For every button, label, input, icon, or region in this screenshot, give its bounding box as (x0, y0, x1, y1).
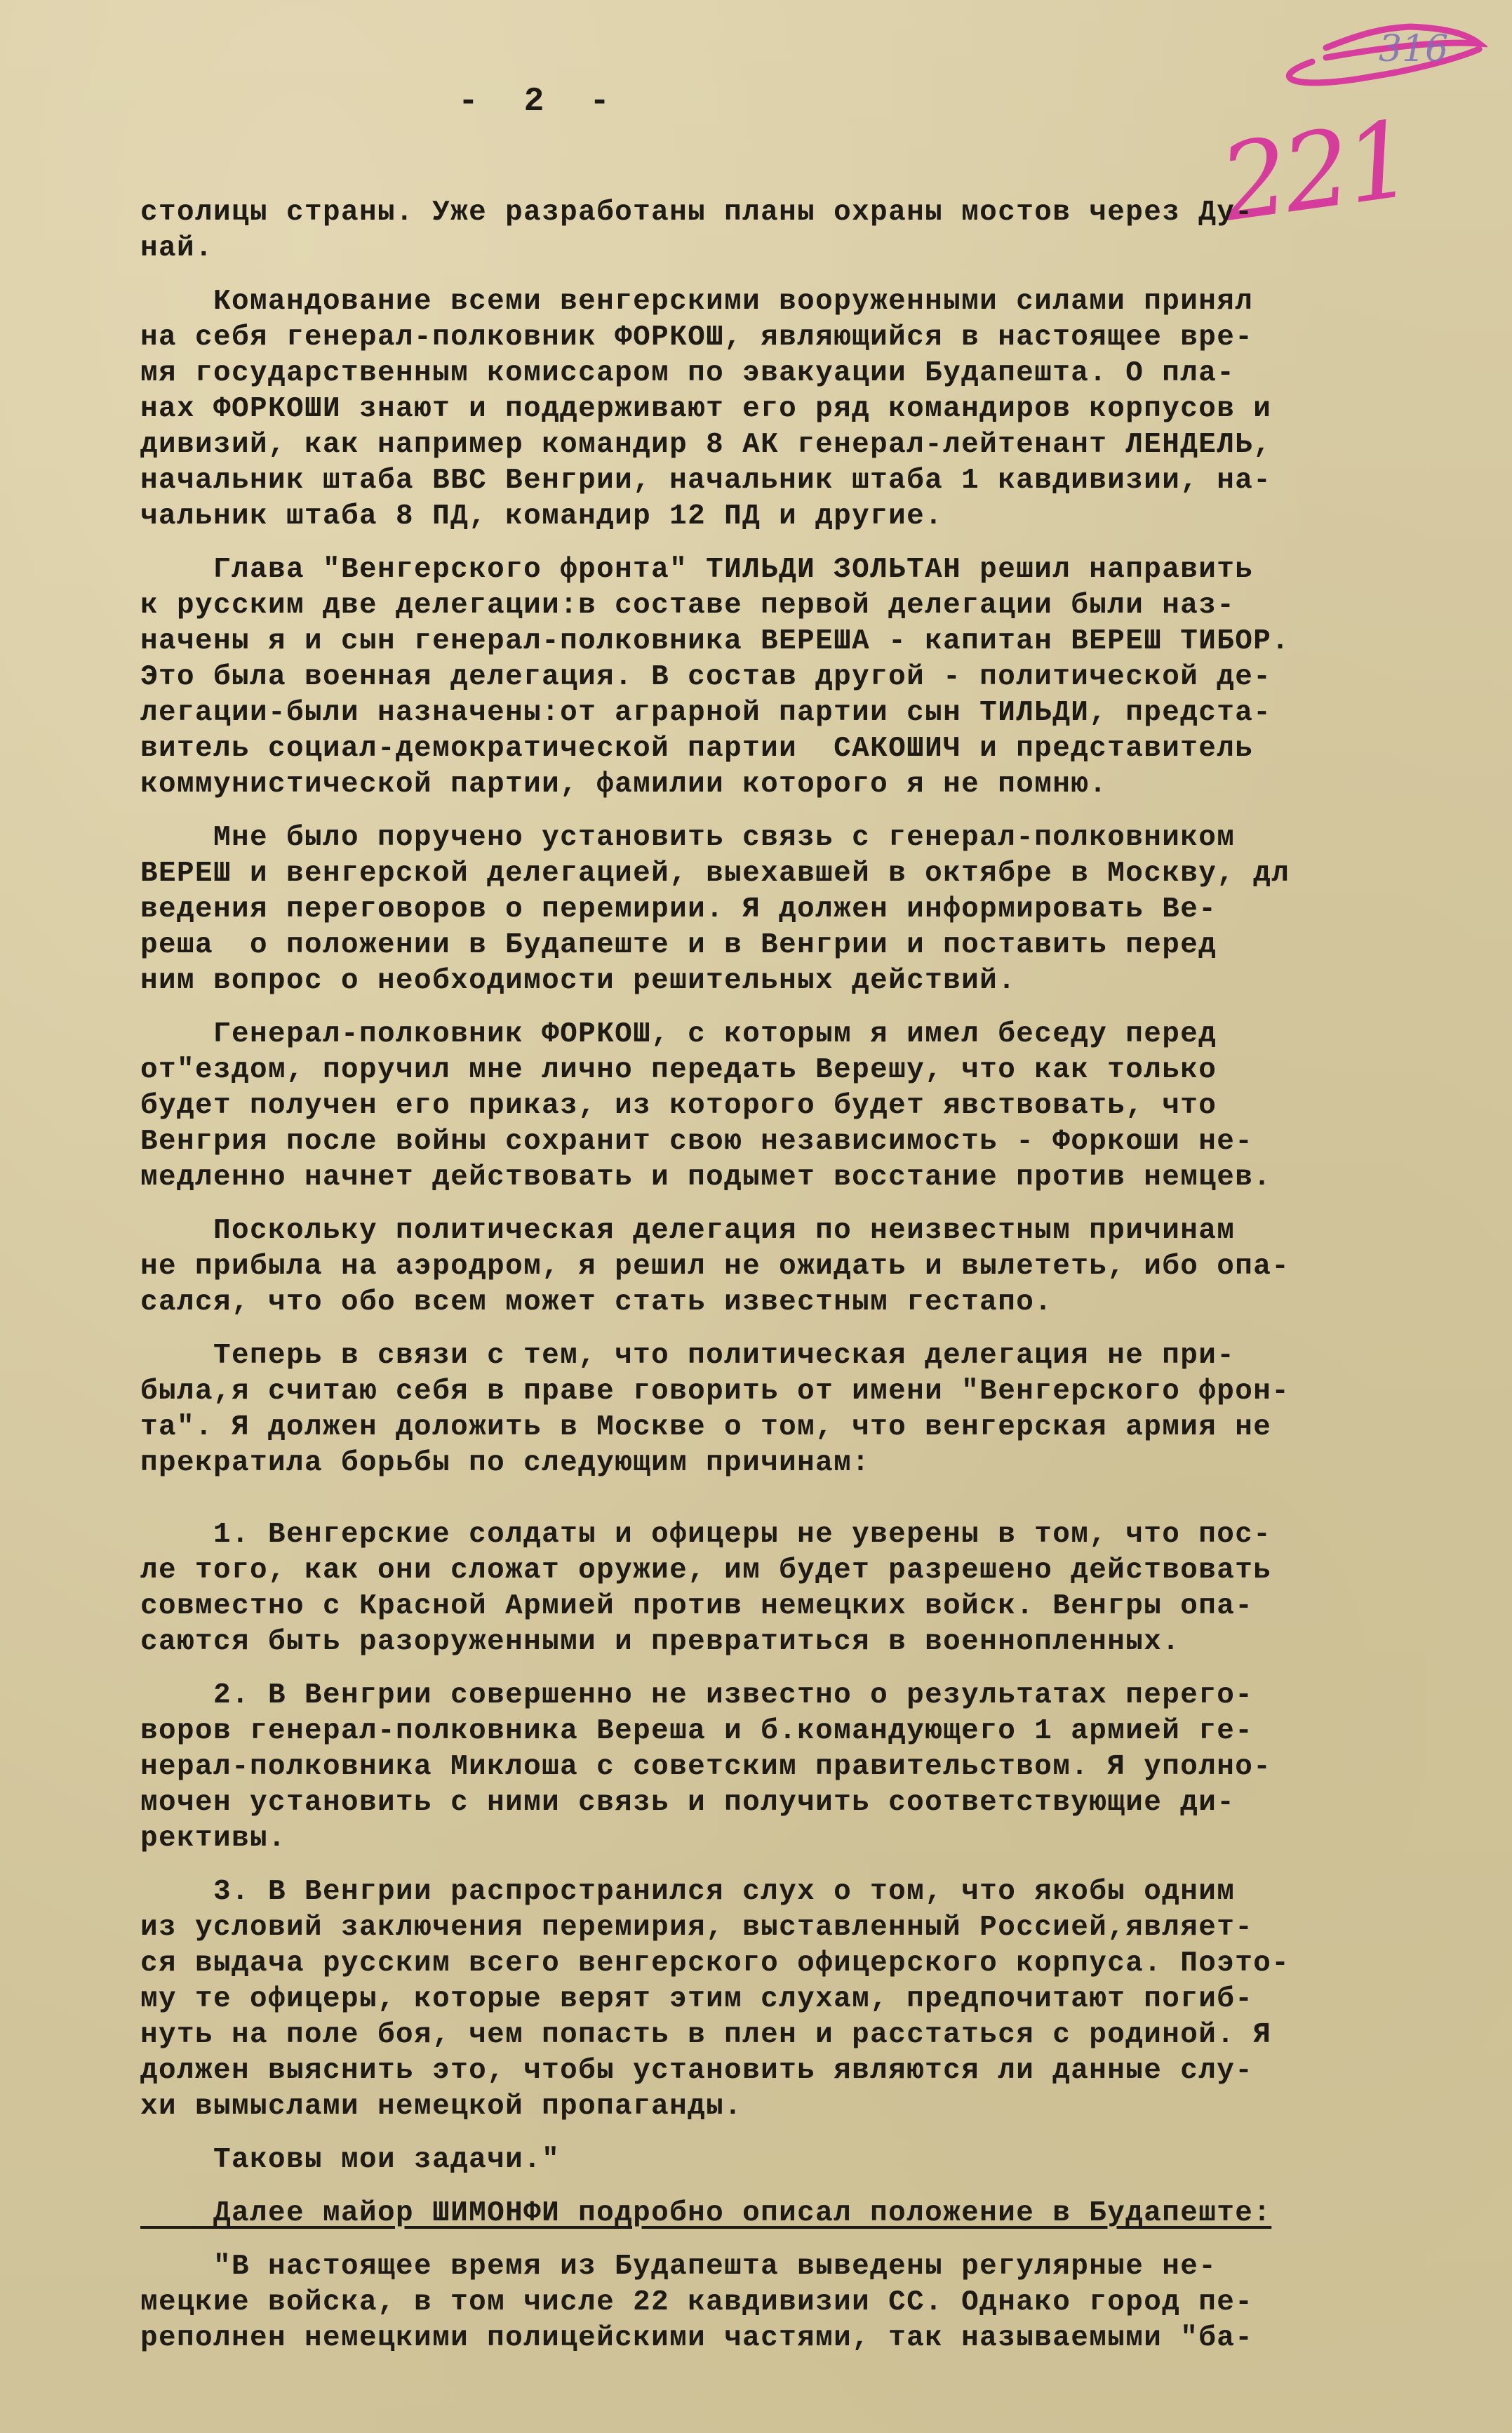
paragraph: Теперь в связи с тем, что политическая д… (140, 1338, 1508, 1481)
text-line: ВЕРЕШ и венгерской делегацией, выехавшей… (140, 856, 1508, 892)
text-line: Поскольку политическая делегация по неиз… (140, 1213, 1508, 1249)
text-line: му те офицеры, которые верят этим слухам… (140, 1982, 1508, 2018)
text-line: рективы. (140, 1821, 1508, 1857)
text-line: к русским две делегации:в составе первой… (140, 588, 1508, 624)
text-line: должен выяснить это, чтобы установить яв… (140, 2053, 1508, 2089)
text-line: медленно начнет действовать и подымет во… (140, 1160, 1508, 1196)
text-line: на себя генерал-полковник ФОРКОШ, являющ… (140, 320, 1508, 356)
paragraph: 1. Венгерские солдаты и офицеры не увере… (140, 1517, 1508, 1660)
text-line: ся выдача русским всего венгерского офиц… (140, 1946, 1508, 1982)
text-line: Теперь в связи с тем, что политическая д… (140, 1338, 1508, 1374)
text-line: прекратила борьбы по следующим причинам: (140, 1446, 1508, 1481)
text-line: дивизий, как например командир 8 АК гене… (140, 427, 1508, 463)
text-line: нерал-полковника Миклоша с советским пра… (140, 1749, 1508, 1785)
spacer (140, 1499, 1508, 1517)
text-line: "В настоящее время из Будапешта выведены… (140, 2249, 1508, 2285)
paragraph: Далее майор ШИМОНФИ подробно описал поло… (140, 2196, 1508, 2232)
text-line: была,я считаю себя в праве говорить от и… (140, 1374, 1508, 1410)
text-line: саются быть разоруженными и превратиться… (140, 1625, 1508, 1660)
page-number: - 2 - (0, 83, 1081, 121)
paragraph: Командование всеми венгерскими вооруженн… (140, 284, 1508, 535)
paragraph: 3. В Венгрии распространился слух о том,… (140, 1874, 1508, 2125)
text-line: Генерал-полковник ФОРКОШ, с которым я им… (140, 1017, 1508, 1053)
text-line: Глава "Венгерского фронта" ТИЛЬДИ ЗОЛЬТА… (140, 552, 1508, 588)
text-line: нуть на поле боя, чем попасть в плен и р… (140, 2018, 1508, 2053)
text-line: воров генерал-полковника Вереша и б.кома… (140, 1714, 1508, 1749)
text-line: 2. В Венгрии совершенно не известно о ре… (140, 1678, 1508, 1714)
text-line: Таковы мои задачи." (140, 2142, 1508, 2178)
text-line: най. (140, 231, 1508, 267)
paragraph: Поскольку политическая делегация по неиз… (140, 1213, 1508, 1321)
paragraph: "В настоящее время из Будапешта выведены… (140, 2249, 1508, 2357)
document-page: 316 221 - 2 - столицы страны. Уже разраб… (0, 0, 1512, 2433)
document-body: столицы страны. Уже разработаны планы ох… (140, 195, 1508, 2374)
text-line: начены я и сын генерал-полковника ВЕРЕША… (140, 624, 1508, 660)
text-line: будет получен его приказ, из которого бу… (140, 1088, 1508, 1124)
archive-number-old: 316 (1256, 13, 1487, 90)
paragraph: Генерал-полковник ФОРКОШ, с которым я им… (140, 1017, 1508, 1196)
text-line: столицы страны. Уже разработаны планы ох… (140, 195, 1508, 231)
text-line: легации-были назначены:от аграрной парти… (140, 695, 1508, 731)
text-line: начальник штаба ВВС Венгрии, начальник ш… (140, 463, 1508, 499)
text-line: Венгрия после войны сохранит свою незави… (140, 1124, 1508, 1160)
text-line: ле того, как они сложат оружие, им будет… (140, 1553, 1508, 1589)
text-line: не прибыла на аэродром, я решил не ожида… (140, 1249, 1508, 1285)
text-line: сался, что обо всем может стать известны… (140, 1285, 1508, 1321)
text-line: 1. Венгерские солдаты и офицеры не увере… (140, 1517, 1508, 1553)
paragraph: Мне было поручено установить связь с ген… (140, 820, 1508, 999)
text-line: ведения переговоров о перемирии. Я долже… (140, 892, 1508, 928)
text-line: та". Я должен доложить в Москве о том, ч… (140, 1410, 1508, 1446)
strikethrough-scribble-icon (1256, 13, 1487, 90)
paragraph: 2. В Венгрии совершенно не известно о ре… (140, 1678, 1508, 1857)
text-line: реполнен немецкими полицейскими частями,… (140, 2321, 1508, 2357)
text-line: мя государственным комиссаром по эвакуац… (140, 356, 1508, 392)
text-line: от"ездом, поручил мне лично передать Вер… (140, 1053, 1508, 1088)
text-line: ним вопрос о необходимости решительных д… (140, 964, 1508, 999)
text-line: мецкие войска, в том числе 22 кавдивизии… (140, 2285, 1508, 2321)
text-line: чальник штаба 8 ПД, командир 12 ПД и дру… (140, 499, 1508, 535)
paragraph: Таковы мои задачи." (140, 2142, 1508, 2178)
text-line: Это была военная делегация. В состав дру… (140, 660, 1508, 695)
text-line: совместно с Красной Армией против немецк… (140, 1589, 1508, 1625)
text-line: Мне было поручено установить связь с ген… (140, 820, 1508, 856)
paragraph: Глава "Венгерского фронта" ТИЛЬДИ ЗОЛЬТА… (140, 552, 1508, 803)
text-line: 3. В Венгрии распространился слух о том,… (140, 1874, 1508, 1910)
text-line: Далее майор ШИМОНФИ подробно описал поло… (140, 2196, 1508, 2232)
text-line: из условий заключения перемирия, выставл… (140, 1910, 1508, 1946)
text-line: коммунистической партии, фамилии которог… (140, 767, 1508, 803)
text-line: витель социал-демократической партии САК… (140, 731, 1508, 767)
text-line: Командование всеми венгерскими вооруженн… (140, 284, 1508, 320)
old-page-number: 316 (1379, 28, 1448, 70)
text-line: реша о положении в Будапеште и в Венгрии… (140, 928, 1508, 964)
text-line: хи вымыслами немецкой пропаганды. (140, 2089, 1508, 2125)
paragraph: столицы страны. Уже разработаны планы ох… (140, 195, 1508, 267)
text-line: мочен установить с ними связь и получить… (140, 1785, 1508, 1821)
text-line: нах ФОРКОШИ знают и поддерживают его ряд… (140, 392, 1508, 427)
